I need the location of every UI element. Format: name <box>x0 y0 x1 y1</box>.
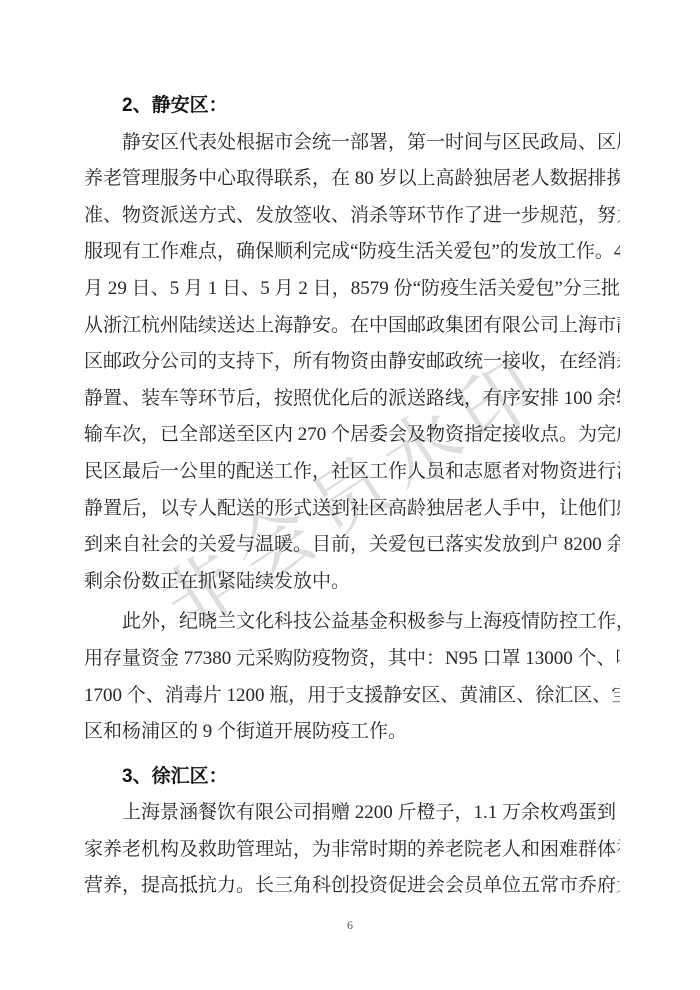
text-line: 输车次，已全部送至区内 270 个居委会及物资指定接收点。为完成居 <box>84 417 620 454</box>
text-line: 家养老机构及救助管理站，为非常时期的养老院老人和困难群体补充 <box>84 832 620 869</box>
text-line: 从浙江杭州陆续送达上海静安。在中国邮政集团有限公司上海市静安 <box>84 308 620 345</box>
section-heading-jingan: 2、静安区： <box>84 88 620 125</box>
text-line: 静安区代表处根据市会统一部署，第一时间与区民政局、区居家 <box>84 125 620 162</box>
text-line: 到来自社会的关爱与温暖。目前，关爱包已落实发放到户 8200 余份， <box>84 527 620 564</box>
text-line: 准、物资派送方式、发放签收、消杀等环节作了进一步规范，努力克 <box>84 198 620 235</box>
document-page: 非会员水印 2、静安区： 静安区代表处根据市会统一部署，第一时间与区民政局、区居… <box>0 0 700 990</box>
text-line: 静置后，以专人配送的形式送到社区高龄独居老人手中，让他们感受 <box>84 491 620 528</box>
text-line: 上海景涵餐饮有限公司捐赠 2200 斤橙子，1.1 万余枚鸡蛋到 10 <box>84 795 620 832</box>
text-line: 1700 个、消毒片 1200 瓶，用于支援静安区、黄浦区、徐汇区、宝山 <box>84 678 620 715</box>
text-line: 民区最后一公里的配送工作，社区工作人员和志愿者对物资进行消杀、 <box>84 454 620 491</box>
text-line: 服现有工作难点，确保顺利完成“防疫生活关爱包”的发放工作。4 <box>84 234 620 271</box>
text-line: 区邮政分公司的支持下，所有物资由静安邮政统一接收，在经消杀、 <box>84 344 620 381</box>
text-line: 用存量资金 77380 元采购防疫物资，其中：N95 口罩 13000 个、喷壶 <box>84 641 620 678</box>
text-line: 剩余份数正在抓紧陆续发放中。 <box>84 564 620 601</box>
document-content: 2、静安区： 静安区代表处根据市会统一部署，第一时间与区民政局、区居家 养老管理… <box>84 88 620 905</box>
text-line: 静置、装车等环节后，按照优化后的派送路线，有序安排 100 余辆运 <box>84 381 620 418</box>
section-heading-xuhui: 3、徐汇区： <box>84 759 620 796</box>
text-line: 营养，提高抵抗力。长三角科创投资促进会会员单位五常市乔府大院 <box>84 868 620 905</box>
text-line: 月 29 日、5 月 1 日、5 月 2 日，8579 份“防疫生活关爱包”分三… <box>84 271 620 308</box>
text-line: 养老管理服务中心取得联系，在 80 岁以上高龄独居老人数据排摸核 <box>84 161 620 198</box>
page-number: 6 <box>0 918 700 933</box>
text-line: 此外，纪晓兰文化科技公益基金积极参与上海疫情防控工作，使 <box>84 604 620 641</box>
text-line: 区和杨浦区的 9 个街道开展防疫工作。 <box>84 714 620 751</box>
